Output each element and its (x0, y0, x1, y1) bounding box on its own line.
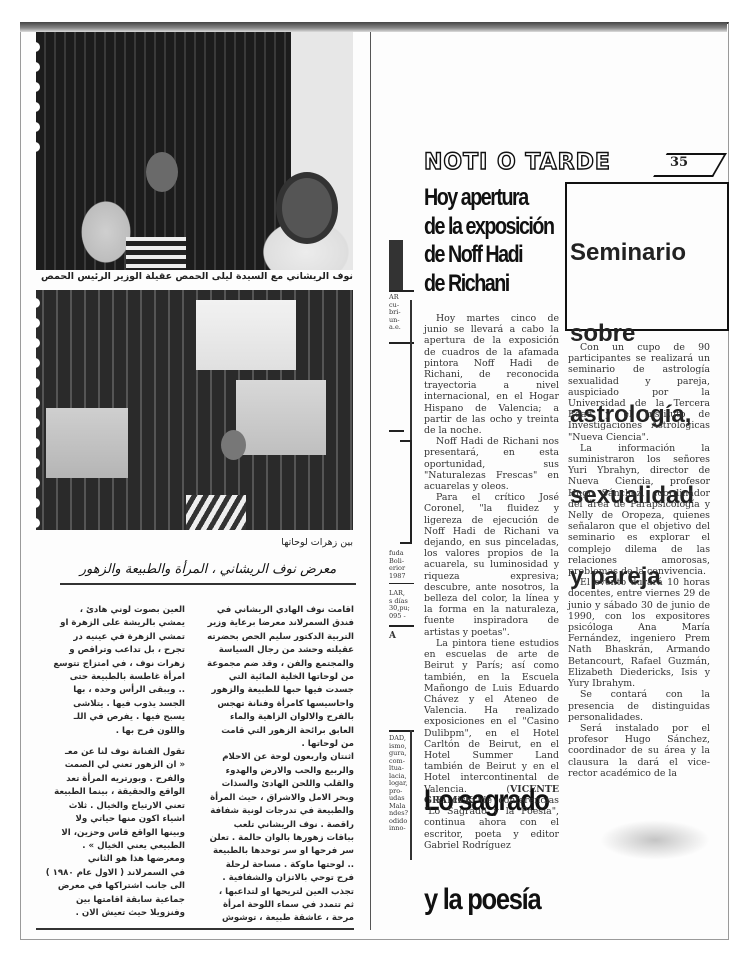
arabic-line: الطبيعي يعني الخيال » . (30, 840, 185, 853)
strip-fragment-5: DAD, ismo, gura, com- ltua- lacia, logar… (389, 735, 408, 833)
strip-text: inno- (389, 825, 408, 833)
strip-text: a.e. (389, 324, 401, 332)
headline-line: Hoy apertura (424, 184, 563, 213)
arabic-line: والربيع والحب والارض والهدوء (192, 765, 354, 778)
scallop-edge (30, 142, 40, 152)
strip-text: A (389, 633, 396, 641)
strip-text: 1987 (389, 573, 406, 581)
arabic-line: والطبيعة في تدرجات لونية شفافة (192, 805, 354, 818)
headline-line: de Richani (424, 270, 563, 299)
photo-wheel-decoration (276, 172, 338, 244)
strip-vertical-bar (410, 730, 412, 860)
arabic-line: تجذب العين لتريحها او لتداعبها ، (192, 886, 354, 899)
strip-fragment-2: fuda Boli- erior 1987 (389, 550, 406, 580)
scallop-edge (30, 82, 40, 92)
arabic-bottom-rule (36, 928, 354, 930)
article2-body: Con un cupo de 90 participantes se reali… (568, 342, 710, 779)
arabic-line: تقول الفنانة نوف لنا عن معـ (30, 746, 185, 759)
scallop-edge (30, 438, 40, 448)
scallop-edge (30, 318, 40, 328)
strip-fragment-1: AR cu- bri- un- a.e. (389, 294, 401, 332)
arabic-line: واللون فرح بها . (30, 725, 185, 738)
scallop-edge (30, 298, 40, 308)
article1-paragraph: Noff Hadi de Richani nos presentará, en … (424, 436, 559, 492)
clipping-separator (370, 32, 371, 930)
scallop-edge (30, 478, 40, 488)
arabic-line: والقلب واللحن الهادئ والسذات (192, 778, 354, 791)
photo2-caption: بين زهرات لوحاتها (281, 537, 353, 548)
paragraph-gap (30, 738, 185, 746)
arabic-line: مرحة ، عاشقة طبيعة ، توشوش (192, 912, 354, 925)
arabic-column-left: العين بصوت لوني هادئ ، يمشي بالريشة على … (30, 604, 185, 920)
arabic-line: .. لوحتها ماوكة . مساحة لرحلة (192, 859, 354, 872)
arabic-line: يمشي بالريشة على الزهرة او (30, 617, 185, 630)
article3-paragraph: El ciclo de conferencias "Lo Sagrado y l… (424, 795, 559, 851)
arabic-line: بالفرح والالوان الزاهية والماء (192, 711, 354, 724)
photo-artist-among-paintings (36, 290, 353, 530)
arabic-line: وفنزويلا حيث تعيش الان . (30, 907, 185, 920)
arabic-article-title: معرض نوف الريشاني ، المرأة والطبيعة والز… (60, 562, 356, 585)
article2-paragraph: La información la suministraron los seño… (568, 443, 710, 577)
arabic-line: يسبح فيها . يفرص في اللـ (30, 711, 185, 724)
arabic-line: فندق السمرلاند معرضا برعاية وزير (192, 617, 354, 630)
arabic-line: الواقع والحقيقة ، بينما الطبيعة (30, 786, 185, 799)
scallop-edge (30, 338, 40, 348)
arabic-line: بباقات زهورها بالوان حالمة . تعلن (192, 832, 354, 845)
arabic-line: امرأة غاطسة بالطبيعة حتى (30, 671, 185, 684)
scallop-edge (30, 458, 40, 468)
arabic-line: في السمرلاند ( الاول عام ١٩٨٠ ) (30, 867, 185, 880)
arabic-line: زهرات نوف ، في امتزاج تتوسع (30, 658, 185, 671)
scallop-edge (30, 418, 40, 428)
photo-striped-dress (126, 237, 186, 270)
scan-top-edge (20, 22, 727, 32)
arabic-line: جماعية سابقة اقامتها بين (30, 894, 185, 907)
strip-fragment-3: LAR, s días 30,pu; 095 - (389, 590, 410, 620)
article1-paragraph: Para el crítico José Coronel, "la fluide… (424, 492, 559, 638)
strip-box (400, 440, 412, 544)
strip-fragment-4: A (389, 633, 396, 641)
strip-rule (389, 583, 414, 584)
scallop-edge (30, 42, 40, 52)
scallop-edge (30, 122, 40, 132)
strip-rule (389, 625, 414, 627)
article2-paragraph: El evento durará 10 horas docentes, entr… (568, 577, 710, 689)
headline-line: Seminario (570, 239, 694, 266)
strip-rule (389, 290, 414, 292)
arabic-line: العين بصوت لوني هادئ ، (30, 604, 185, 617)
arabic-line: « ان الزهور تعني لي الصمت (30, 759, 185, 772)
scallop-edge (30, 102, 40, 112)
scallop-edge (30, 518, 40, 528)
page-number: 35 (670, 155, 688, 170)
photo-face (146, 152, 178, 192)
arabic-line: تمشي الزهرة في عينيه در (30, 631, 185, 644)
arabic-line: اقامت نوف الهادي الريشاني في (192, 604, 354, 617)
article3-body: El ciclo de conferencias "Lo Sagrado y l… (424, 795, 559, 851)
article2-paragraph: Será instalado por el profesor Hugo Sánc… (568, 723, 710, 779)
arabic-line: واحاسيسها كامرأة وفنانة تهجس (192, 698, 354, 711)
photo-artist-face (221, 430, 246, 460)
arabic-line: جسدت فيها حبها للطبيعة والزهور (192, 684, 354, 697)
arabic-line: ثم تتمدد في سماء اللوحة امرأة (192, 899, 354, 912)
headline-line: de Noff Hadi (424, 241, 563, 270)
scan-smudge (600, 820, 710, 860)
arabic-line: اشياء اكون منها حياتي ولا (30, 813, 185, 826)
headline-line: de la exposición (424, 213, 563, 242)
arabic-line: .. ويبقى الرأس وحده ، بها (30, 684, 185, 697)
newspaper-masthead: NOTI O TARDE (424, 150, 611, 175)
arabic-line: العابق برائحة الزهور التي قامت (192, 725, 354, 738)
arabic-line: عقيلته وحشد من رجال السياسة (192, 644, 354, 657)
scallop-edge (30, 62, 40, 72)
arabic-line: تعني الارتياح والخيال . ثلاث (30, 800, 185, 813)
arabic-line: من لوحاتها الخلية المائية التي (192, 671, 354, 684)
arabic-line: والمجتمع والفن ، وقد ضم مجموعة (192, 658, 354, 671)
arabic-line: ومعرضها هذا هو الثاني (30, 853, 185, 866)
scallop-edge (30, 358, 40, 368)
photo1-caption: نوف الريشاني مع السيدة ليلى الحمص عقيلة … (41, 271, 353, 282)
scallop-edge (30, 378, 40, 388)
arabic-line: التربية الدكتور سليم الحص بحضرته (192, 631, 354, 644)
arabic-line: راقصة . نوف الريشاني تلعب (192, 819, 354, 832)
strip-rule (389, 430, 404, 432)
arabic-line: وبحر الامل والاشراق ، حيث المرأة (192, 792, 354, 805)
arabic-line: سر فرحها او سر توحدها بالطبيعة (192, 845, 354, 858)
neighbor-photo-fragment (389, 240, 403, 290)
arabic-line: فرح توحي بالاتزان والشفافية . (192, 872, 354, 885)
arabic-line: اثنتان واربعون لوحة عن الاحلام (192, 751, 354, 764)
photo-patterned-dress (186, 495, 246, 530)
article2-paragraph: Con un cupo de 90 participantes se reali… (568, 342, 710, 443)
scallop-edge (30, 498, 40, 508)
photo-artist-with-guests (36, 32, 353, 270)
arabic-line: الى جانب اشتراكها في معرض (30, 880, 185, 893)
article1-headline: Hoy apertura de la exposición de Noff Ha… (424, 184, 563, 298)
arabic-line: تجرح ، بل تداعب وتراقص و (30, 644, 185, 657)
article1-paragraph: Hoy martes cinco de junio se llevará a c… (424, 313, 559, 436)
arabic-column-right: اقامت نوف الهادي الريشاني في فندق السمرل… (192, 604, 354, 926)
arabic-line: من لوحاتها . (192, 738, 354, 751)
arabic-line: وبينها الواقع قاس وحزين، الا (30, 827, 185, 840)
headline-line: y la poesía (424, 883, 549, 916)
article2-paragraph: Se contará con la presencia de distingui… (568, 689, 710, 723)
strip-text: 095 - (389, 613, 410, 621)
arabic-line: الجسد يذوب فيها . يتلاشى (30, 698, 185, 711)
arabic-line: والفرح . وبورتريه المرأة تعد (30, 773, 185, 786)
scallop-edge (30, 398, 40, 408)
